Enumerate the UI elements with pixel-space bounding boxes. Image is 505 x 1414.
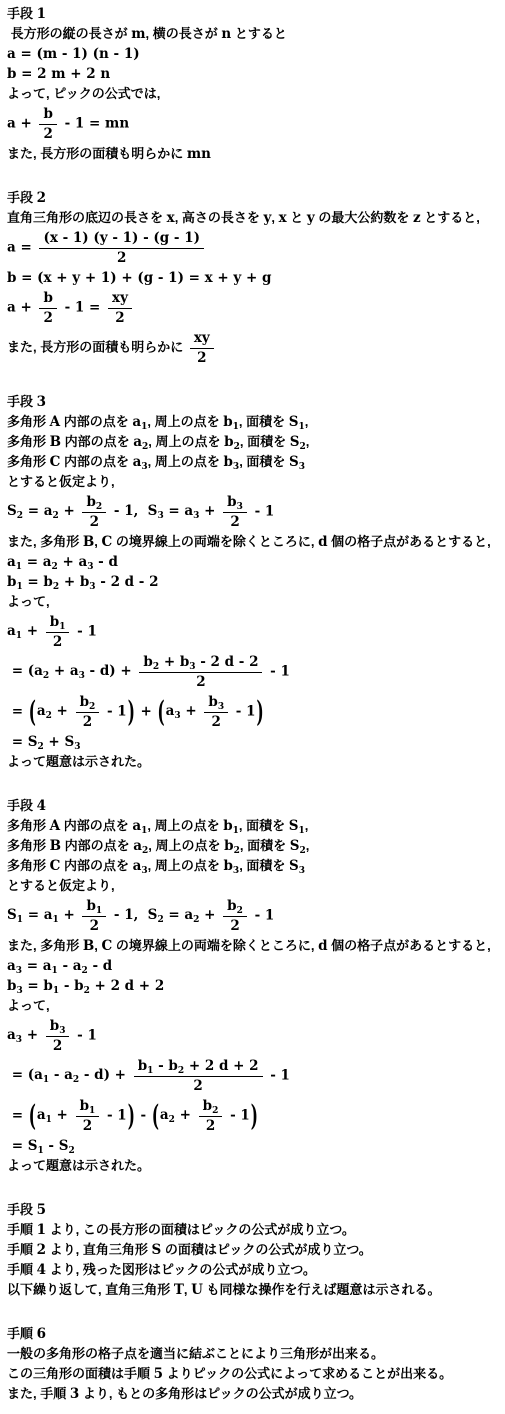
doc-line: a1 + b12 - 1 xyxy=(7,612,501,652)
doc-line: a = (x - 1) (y - 1) - (g - 1)2 xyxy=(7,228,501,268)
math-run: b1 xyxy=(46,614,70,633)
math-run: = S2 + S3 xyxy=(7,734,80,750)
math-run: B xyxy=(83,938,94,954)
text-run: , 高さの長さを xyxy=(175,210,264,225)
math-run: S1 xyxy=(289,414,305,430)
math-run: 4 xyxy=(37,798,46,814)
text-run: また, 長方形の面積も明らかに xyxy=(7,146,187,161)
math-run: b2 xyxy=(82,494,106,513)
section-heading: 手段 4 xyxy=(7,796,501,816)
math-run: 2 xyxy=(82,513,106,530)
fraction: b12 xyxy=(76,1098,100,1134)
math-run: S3 xyxy=(289,858,305,874)
math-run: a1 + xyxy=(7,623,43,639)
math-run: b1 xyxy=(223,414,239,430)
doc-line: a = (m - 1) (n - 1) xyxy=(7,44,501,64)
fraction: b2 xyxy=(39,106,56,142)
math-run: 2 xyxy=(82,917,106,934)
math-run: 2 xyxy=(139,673,262,690)
math-run: S1 xyxy=(289,818,305,834)
math-run: = xyxy=(7,703,28,719)
section-step-2: 手段 2直角三角形の底辺の長さを x, 高さの長さを y, x と y の最大公… xyxy=(7,188,501,368)
math-run: 5 xyxy=(37,1202,46,1218)
text-run: , xyxy=(305,414,309,429)
math-run: b = 2 m + 2 n xyxy=(7,66,110,82)
text-run: 以下繰り返して, 直角三角形 xyxy=(7,1282,174,1297)
text-run: 内部の点を xyxy=(60,858,132,873)
math-run: b2 xyxy=(223,898,247,917)
text-run: と xyxy=(287,210,307,225)
math-run: 2 xyxy=(223,513,247,530)
math-run: = S1 - S2 xyxy=(7,1138,75,1154)
math-run: x xyxy=(167,210,175,226)
math-run: = (a2 + a3 - d) + xyxy=(7,663,136,679)
math-run: 3 xyxy=(70,1386,79,1402)
doc-line: 長方形の縦の長さが m, 横の長さが n とすると xyxy=(7,24,501,44)
math-run: 2 xyxy=(37,1242,46,1258)
fraction: b2 xyxy=(39,290,56,326)
doc-line: よって題意は示された。 xyxy=(7,1156,501,1176)
text-run: の境界線上の両端を除くところに, xyxy=(112,534,318,549)
math-run: b3 xyxy=(204,694,228,713)
doc-line: 多角形 A 内部の点を a1, 周上の点を b1, 面積を S1, xyxy=(7,412,501,432)
document: 手段 1 長方形の縦の長さが m, 横の長さが n とするとa = (m - 1… xyxy=(0,0,505,1414)
text-run: 多角形 xyxy=(7,858,50,873)
text-run: , xyxy=(94,938,101,953)
text-run: , xyxy=(94,534,101,549)
doc-line: とすると仮定より, xyxy=(7,472,501,492)
doc-line: よって, xyxy=(7,592,501,612)
doc-line: また, 多角形 B, C の境界線上の両端を除くところに, d 個の格子点がある… xyxy=(7,936,501,956)
fraction: b1 - b2 + 2 d + 22 xyxy=(134,1058,263,1094)
math-run: 2 xyxy=(223,917,247,934)
math-run: - 1, S3 = a3 + xyxy=(109,503,220,519)
math-run: C xyxy=(50,454,61,470)
math-run: n xyxy=(221,26,231,42)
text-run: また, 手順 xyxy=(7,1386,70,1401)
math-run: S2 xyxy=(290,838,306,854)
math-run: a2 xyxy=(133,434,148,450)
math-run: b3 = b1 - b2 + 2 d + 2 xyxy=(7,978,164,994)
doc-line: 多角形 B 内部の点を a2, 周上の点を b2, 面積を S2, xyxy=(7,432,501,452)
text-run: も同様な操作を行えば題意は示される。 xyxy=(203,1282,441,1297)
text-run: , 面積を xyxy=(240,434,290,449)
doc-line: S2 = a2 + b22 - 1, S3 = a3 + b32 - 1 xyxy=(7,492,501,532)
math-run: a2 xyxy=(133,838,148,854)
math-run: - 1 xyxy=(72,623,96,639)
math-run: - 1, S2 = a2 + xyxy=(109,907,220,923)
section-step-4: 手段 4多角形 A 内部の点を a1, 周上の点を b1, 面積を S1,多角形… xyxy=(7,796,501,1176)
math-run: a3 + xyxy=(166,703,202,719)
text-run: より, もとの多角形はピックの公式が成り立つ。 xyxy=(79,1386,362,1401)
text-run: より, この長方形の面積はピックの公式が成り立つ。 xyxy=(46,1222,355,1237)
math-run: b2 + b3 - 2 d - 2 xyxy=(139,654,262,673)
math-run: a1 + xyxy=(37,1107,73,1123)
math-run: 5 xyxy=(154,1366,163,1382)
math-run: a = xyxy=(7,239,36,255)
math-run: B xyxy=(50,838,61,854)
math-run: b3 xyxy=(223,858,239,874)
math-run: 2 xyxy=(76,1117,100,1134)
math-run: 2 xyxy=(39,125,56,142)
doc-line: 多角形 A 内部の点を a1, 周上の点を b1, 面積を S1, xyxy=(7,816,501,836)
math-run: - 1 xyxy=(231,703,255,719)
math-run: 2 xyxy=(199,1117,223,1134)
math-run: a3 = a1 - a2 - d xyxy=(7,958,112,974)
math-run: b2 xyxy=(224,838,240,854)
fraction: b32 xyxy=(46,1018,70,1054)
math-run: C xyxy=(50,858,61,874)
text-run: , xyxy=(306,434,310,449)
doc-line: また, 長方形の面積も明らかに xy2 xyxy=(7,328,501,368)
section-heading: 手順 6 xyxy=(7,1324,501,1344)
math-run: 2 xyxy=(204,713,228,730)
math-run: S2 xyxy=(290,434,306,450)
doc-line: また, 手順 3 より, もとの多角形はピックの公式が成り立つ。 xyxy=(7,1384,501,1404)
fraction: b22 xyxy=(76,694,100,730)
math-run: d xyxy=(318,534,327,550)
math-run: (x - 1) (y - 1) - (g - 1) xyxy=(39,230,204,249)
math-run: z xyxy=(413,210,421,226)
math-run: xy xyxy=(108,290,132,309)
text-run: の面積はピックの公式が成り立つ。 xyxy=(161,1242,372,1257)
math-run: m xyxy=(131,26,145,42)
math-run: b1 xyxy=(223,818,239,834)
math-run: - 1 = mn xyxy=(60,115,129,131)
big-paren: ( xyxy=(28,693,37,731)
math-run: a1 = a2 + a3 - d xyxy=(7,554,118,570)
doc-line: この三角形の面積は手順 5 よりピックの公式によって求めることが出来る。 xyxy=(7,1364,501,1384)
text-run: 個の格子点があるとすると, xyxy=(328,534,491,549)
fraction: b22 xyxy=(223,898,247,934)
math-run: b2 xyxy=(224,434,240,450)
math-run: x xyxy=(279,210,287,226)
math-run: a = (m - 1) (n - 1) xyxy=(7,46,140,62)
doc-line: よって題意は示された。 xyxy=(7,752,501,772)
math-run: - 1 xyxy=(72,1027,96,1043)
doc-line: 多角形 B 内部の点を a2, 周上の点を b2, 面積を S2, xyxy=(7,836,501,856)
text-run: 手順 xyxy=(7,1222,37,1237)
doc-line: b3 = b1 - b2 + 2 d + 2 xyxy=(7,976,501,996)
math-run: A xyxy=(50,818,60,834)
text-run: , 周上の点を xyxy=(148,454,224,469)
math-run: b1 = b2 + b3 - 2 d - 2 xyxy=(7,574,159,590)
math-run: y xyxy=(307,210,315,226)
fraction: xy2 xyxy=(190,330,214,366)
doc-line: よって, xyxy=(7,996,501,1016)
section-heading: 手段 1 xyxy=(7,4,501,24)
big-paren: ) xyxy=(127,693,136,731)
text-run: また, 多角形 xyxy=(7,938,83,953)
fraction: b22 xyxy=(82,494,106,530)
text-run: 手順 xyxy=(7,1242,37,1257)
math-run: 4 xyxy=(37,1262,46,1278)
math-run: U xyxy=(191,1282,203,1298)
math-run: a + xyxy=(7,115,36,131)
section-step-6: 手順 6一般の多角形の格子点を適当に結ぶことにより三角形が出来る。この三角形の面… xyxy=(7,1324,501,1404)
doc-line: = (a1 - a2 - d) + b1 - b2 + 2 d + 22 - 1 xyxy=(7,1056,501,1096)
doc-line: b = 2 m + 2 n xyxy=(7,64,501,84)
math-run: 2 xyxy=(46,1037,70,1054)
text-run: 内部の点を xyxy=(61,434,133,449)
doc-line: また, 長方形の面積も明らかに mn xyxy=(7,144,501,164)
math-run: 1 xyxy=(37,6,46,22)
section-heading: 手段 5 xyxy=(7,1200,501,1220)
math-run: T xyxy=(174,1282,184,1298)
text-run: この三角形の面積は手順 xyxy=(7,1366,154,1381)
doc-line: b = (x + y + 1) + (g - 1) = x + y + g xyxy=(7,268,501,288)
fraction: b12 xyxy=(46,614,70,650)
math-run: 2 xyxy=(46,633,70,650)
math-run: 1 xyxy=(37,1222,46,1238)
math-run: b xyxy=(39,106,56,125)
text-run: , xyxy=(306,838,310,853)
math-run: - 1 xyxy=(250,503,274,519)
doc-line: a + b2 - 1 = xy2 xyxy=(7,288,501,328)
doc-line: = (a2 + a3 - d) + b2 + b3 - 2 d - 22 - 1 xyxy=(7,652,501,692)
text-run: , 周上の点を xyxy=(148,838,224,853)
math-run: a3 xyxy=(133,858,148,874)
doc-line: S1 = a1 + b12 - 1, S2 = a2 + b22 - 1 xyxy=(7,896,501,936)
text-run: 個の格子点があるとすると, xyxy=(328,938,491,953)
fraction: b12 xyxy=(82,898,106,934)
text-run: 多角形 xyxy=(7,454,50,469)
big-paren: ) xyxy=(127,1097,136,1135)
math-run: b1 - b2 + 2 d + 2 xyxy=(134,1058,263,1077)
doc-line: 一般の多角形の格子点を適当に結ぶことにより三角形が出来る。 xyxy=(7,1344,501,1364)
text-run: 手段 xyxy=(7,190,37,205)
big-paren: ( xyxy=(157,693,166,731)
math-run: mn xyxy=(187,146,211,162)
math-run: - xyxy=(136,1107,151,1123)
fraction: (x - 1) (y - 1) - (g - 1)2 xyxy=(39,230,204,266)
math-run: - 1 xyxy=(250,907,274,923)
text-run: , 周上の点を xyxy=(147,818,223,833)
text-run: 内部の点を xyxy=(60,818,132,833)
text-run: 手段 xyxy=(7,798,37,813)
text-run: の境界線上の両端を除くところに, xyxy=(112,938,318,953)
math-run: a1 xyxy=(132,414,147,430)
doc-line: = S2 + S3 xyxy=(7,732,501,752)
math-run: - 1 xyxy=(102,703,126,719)
math-run: a3 + xyxy=(7,1027,43,1043)
text-run: また, 多角形 xyxy=(7,534,83,549)
doc-line: = (a1 + b12 - 1) - (a2 + b22 - 1) xyxy=(7,1096,501,1136)
text-run: より, 残った図形はピックの公式が成り立つ。 xyxy=(46,1262,316,1277)
doc-line: 手順 2 より, 直角三角形 S の面積はピックの公式が成り立つ。 xyxy=(7,1240,501,1260)
fraction: xy2 xyxy=(108,290,132,326)
doc-line: 多角形 C 内部の点を a3, 周上の点を b3, 面積を S3 xyxy=(7,856,501,876)
doc-line: また, 多角形 B, C の境界線上の両端を除くところに, d 個の格子点がある… xyxy=(7,532,501,552)
text-run: 手段 xyxy=(7,394,37,409)
text-run: , 周上の点を xyxy=(148,858,224,873)
text-run: よって, xyxy=(7,998,50,1013)
text-run: より, 直角三角形 xyxy=(46,1242,151,1257)
doc-line: b1 = b2 + b3 - 2 d - 2 xyxy=(7,572,501,592)
text-run: また, 長方形の面積も明らかに xyxy=(7,339,187,354)
math-run: b2 xyxy=(76,694,100,713)
text-run: , xyxy=(271,210,278,225)
math-run: 6 xyxy=(37,1326,46,1342)
text-run: , 周上の点を xyxy=(147,414,223,429)
big-paren: ) xyxy=(250,1097,259,1135)
doc-line: 直角三角形の底辺の長さを x, 高さの長さを y, x と y の最大公約数を … xyxy=(7,208,501,228)
fraction: b32 xyxy=(204,694,228,730)
text-run: , 横の長さが xyxy=(146,26,222,41)
section-step-1: 手段 1 長方形の縦の長さが m, 横の長さが n とするとa = (m - 1… xyxy=(7,4,501,164)
text-run: とすると仮定より, xyxy=(7,878,115,893)
math-run: 2 xyxy=(39,309,56,326)
text-run: 多角形 xyxy=(7,838,50,853)
math-run: xy xyxy=(190,330,214,349)
math-run: a1 xyxy=(132,818,147,834)
text-run: よりピックの公式によって求めることが出来る。 xyxy=(163,1366,452,1381)
doc-line: 手順 4 より, 残った図形はピックの公式が成り立つ。 xyxy=(7,1260,501,1280)
math-run: = (a1 - a2 - d) + xyxy=(7,1067,131,1083)
text-run: , 面積を xyxy=(239,818,289,833)
big-paren: ( xyxy=(151,1097,160,1135)
math-run: b1 xyxy=(82,898,106,917)
text-run: , 面積を xyxy=(239,454,289,469)
math-run: - 1 xyxy=(225,1107,249,1123)
text-run: 長方形の縦の長さが xyxy=(7,26,131,41)
math-run: a3 xyxy=(133,454,148,470)
doc-line: a + b2 - 1 = mn xyxy=(7,104,501,144)
math-run: B xyxy=(83,534,94,550)
doc-line: a1 = a2 + a3 - d xyxy=(7,552,501,572)
math-run: = xyxy=(7,1107,28,1123)
fraction: b32 xyxy=(223,494,247,530)
text-run: 一般の多角形の格子点を適当に結ぶことにより三角形が出来る。 xyxy=(7,1346,384,1361)
math-run: b = (x + y + 1) + (g - 1) = x + y + g xyxy=(7,270,271,286)
text-run: とすると, xyxy=(421,210,480,225)
math-run: S xyxy=(151,1242,161,1258)
math-run: a2 + xyxy=(160,1107,196,1123)
text-run: よって題意は示された。 xyxy=(7,1158,150,1173)
doc-line: 多角形 C 内部の点を a3, 周上の点を b3, 面積を S3 xyxy=(7,452,501,472)
doc-line: 手順 1 より, この長方形の面積はピックの公式が成り立つ。 xyxy=(7,1220,501,1240)
text-run: とすると仮定より, xyxy=(7,474,115,489)
math-run: S2 = a2 + xyxy=(7,503,79,519)
text-run: よって, ピックの公式では, xyxy=(7,86,160,101)
fraction: b2 + b3 - 2 d - 22 xyxy=(139,654,262,690)
text-run: よって題意は示された。 xyxy=(7,754,150,769)
doc-line: = (a2 + b22 - 1) + (a3 + b32 - 1) xyxy=(7,692,501,732)
text-run: , 面積を xyxy=(239,414,289,429)
math-run: 3 xyxy=(37,394,46,410)
math-run: d xyxy=(318,938,327,954)
doc-line: a3 + b32 - 1 xyxy=(7,1016,501,1056)
text-run: , 周上の点を xyxy=(148,434,224,449)
math-run: 2 xyxy=(39,249,204,266)
math-run: 2 xyxy=(37,190,46,206)
math-run: b3 xyxy=(46,1018,70,1037)
math-run: b1 xyxy=(76,1098,100,1117)
section-heading: 手段 3 xyxy=(7,392,501,412)
math-run: C xyxy=(102,938,113,954)
math-run: + xyxy=(136,703,157,719)
math-run: 2 xyxy=(190,349,214,366)
big-paren: ( xyxy=(28,1097,37,1135)
math-run: 2 xyxy=(134,1077,263,1094)
math-run: B xyxy=(50,434,61,450)
big-paren: ) xyxy=(255,693,264,731)
doc-line: a3 = a1 - a2 - d xyxy=(7,956,501,976)
doc-line: = S1 - S2 xyxy=(7,1136,501,1156)
text-run: よって, xyxy=(7,594,50,609)
text-run: 直角三角形の底辺の長さを xyxy=(7,210,167,225)
math-run: - 1 xyxy=(266,1067,290,1083)
math-run: S1 = a1 + xyxy=(7,907,79,923)
math-run: - 1 xyxy=(102,1107,126,1123)
text-run: 多角形 xyxy=(7,434,50,449)
math-run: b3 xyxy=(223,454,239,470)
math-run: b xyxy=(39,290,56,309)
text-run: 手順 xyxy=(7,1326,37,1341)
doc-line: とすると仮定より, xyxy=(7,876,501,896)
math-run: b2 xyxy=(199,1098,223,1117)
text-run: , 面積を xyxy=(239,858,289,873)
math-run: C xyxy=(102,534,113,550)
math-run: - 1 = xyxy=(60,299,105,315)
text-run: とすると xyxy=(231,26,287,41)
math-run: - 1 xyxy=(265,663,289,679)
math-run: 2 xyxy=(76,713,100,730)
doc-line: よって, ピックの公式では, xyxy=(7,84,501,104)
text-run: 多角形 xyxy=(7,414,50,429)
math-run: 2 xyxy=(108,309,132,326)
text-run: , 面積を xyxy=(240,838,290,853)
text-run: 内部の点を xyxy=(61,838,133,853)
math-run: A xyxy=(50,414,60,430)
doc-line: 以下繰り返して, 直角三角形 T, U も同様な操作を行えば題意は示される。 xyxy=(7,1280,501,1300)
math-run: a2 + xyxy=(37,703,73,719)
text-run: 内部の点を xyxy=(60,414,132,429)
text-run: 手段 xyxy=(7,1202,37,1217)
section-step-5: 手段 5手順 1 より, この長方形の面積はピックの公式が成り立つ。手順 2 よ… xyxy=(7,1200,501,1300)
math-run: b3 xyxy=(223,494,247,513)
text-run: の最大公約数を xyxy=(315,210,413,225)
math-run: S3 xyxy=(289,454,305,470)
math-run: a + xyxy=(7,299,36,315)
text-run: 内部の点を xyxy=(60,454,132,469)
text-run: , xyxy=(305,818,309,833)
section-step-3: 手段 3多角形 A 内部の点を a1, 周上の点を b1, 面積を S1,多角形… xyxy=(7,392,501,772)
fraction: b22 xyxy=(199,1098,223,1134)
text-run: 手順 xyxy=(7,1262,37,1277)
text-run: 手段 xyxy=(7,6,37,21)
section-heading: 手段 2 xyxy=(7,188,501,208)
text-run: 多角形 xyxy=(7,818,50,833)
